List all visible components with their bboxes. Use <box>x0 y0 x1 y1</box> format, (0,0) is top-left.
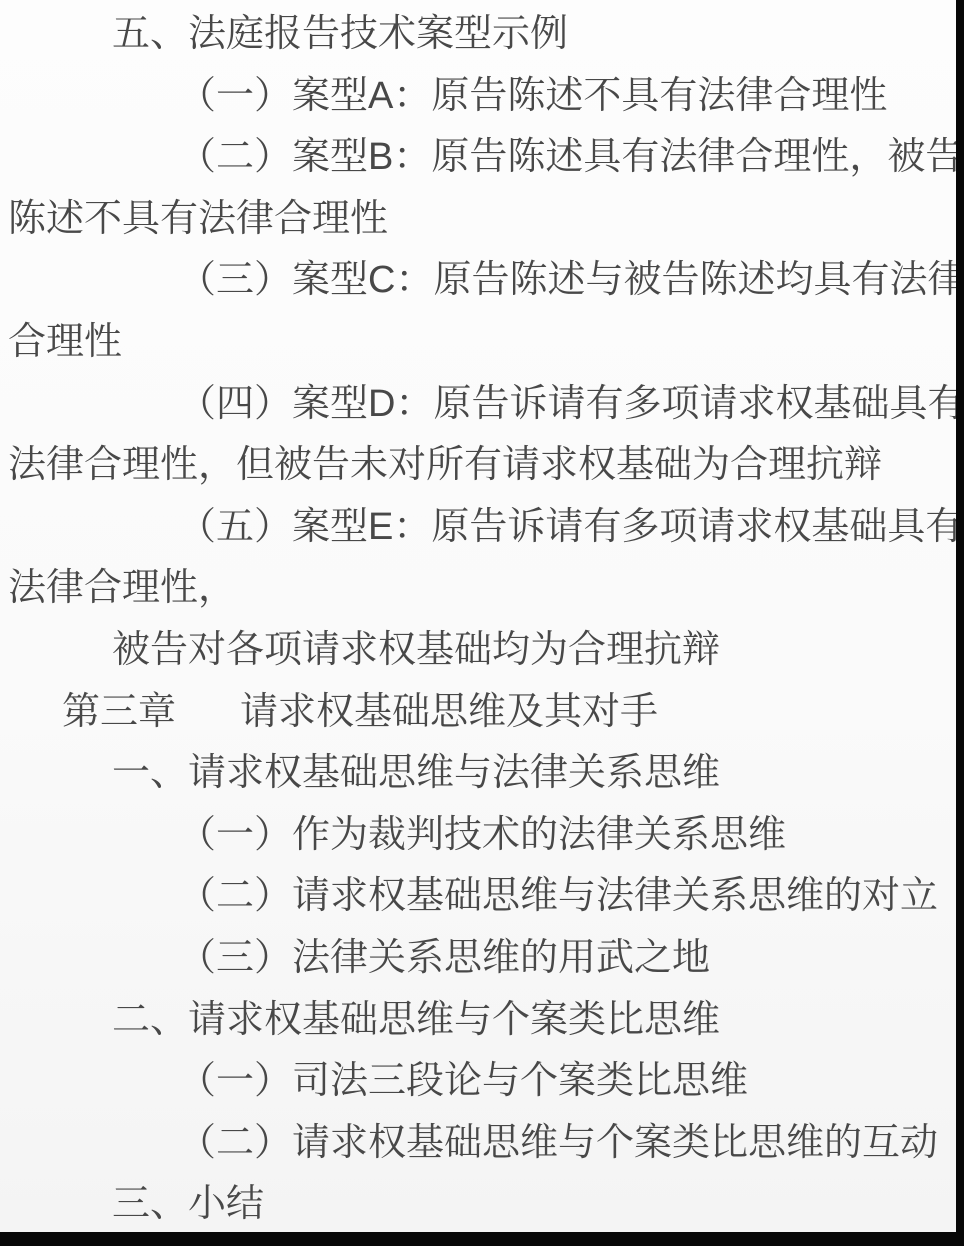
toc-line-continuation: 法律合理性，但被告未对所有请求权基础为合理抗辩 <box>0 435 956 497</box>
page-edge-bottom <box>0 1232 964 1246</box>
table-of-contents: 五、法庭报告技术案型示例 （一）案型A：原告陈述不具有法律合理性 （二）案型B：… <box>0 4 956 1236</box>
chapter-title: 请求权基础思维及其对手 <box>240 691 658 733</box>
toc-line: （三）法律关系思维的用武之地 <box>0 928 956 990</box>
chapter-heading: 第三章请求权基础思维及其对手 <box>0 682 956 744</box>
page-edge-right <box>956 0 964 1246</box>
toc-line: （二）请求权基础思维与法律关系思维的对立 <box>0 866 956 928</box>
toc-section-heading: 三、小结 <box>0 1174 956 1236</box>
toc-line: （三）案型C：原告陈述与被告陈述均具有法律 <box>0 250 956 312</box>
toc-line-continuation: 合理性 <box>0 312 956 374</box>
toc-line-continuation: 陈述不具有法律合理性 <box>0 189 956 251</box>
toc-line: （二）请求权基础思维与个案类比思维的互动 <box>0 1113 956 1175</box>
toc-section-heading: 五、法庭报告技术案型示例 <box>0 4 956 66</box>
toc-section-heading: 二、请求权基础思维与个案类比思维 <box>0 990 956 1052</box>
toc-line: （一）司法三段论与个案类比思维 <box>0 1051 956 1113</box>
toc-line: （五）案型E：原告诉请有多项请求权基础具有 <box>0 497 956 559</box>
toc-line: （一）作为裁判技术的法律关系思维 <box>0 805 956 867</box>
toc-line: （一）案型A：原告陈述不具有法律合理性 <box>0 66 956 128</box>
toc-line-continuation: 被告对各项请求权基础均为合理抗辩 <box>0 620 956 682</box>
toc-section-heading: 一、请求权基础思维与法律关系思维 <box>0 743 956 805</box>
chapter-number: 第三章 <box>62 691 176 733</box>
toc-line-continuation: 法律合理性， <box>0 558 956 620</box>
book-page: 五、法庭报告技术案型示例 （一）案型A：原告陈述不具有法律合理性 （二）案型B：… <box>0 0 964 1246</box>
toc-line: （四）案型D：原告诉请有多项请求权基础具有 <box>0 374 956 436</box>
toc-line: （二）案型B：原告陈述具有法律合理性，被告 <box>0 127 956 189</box>
